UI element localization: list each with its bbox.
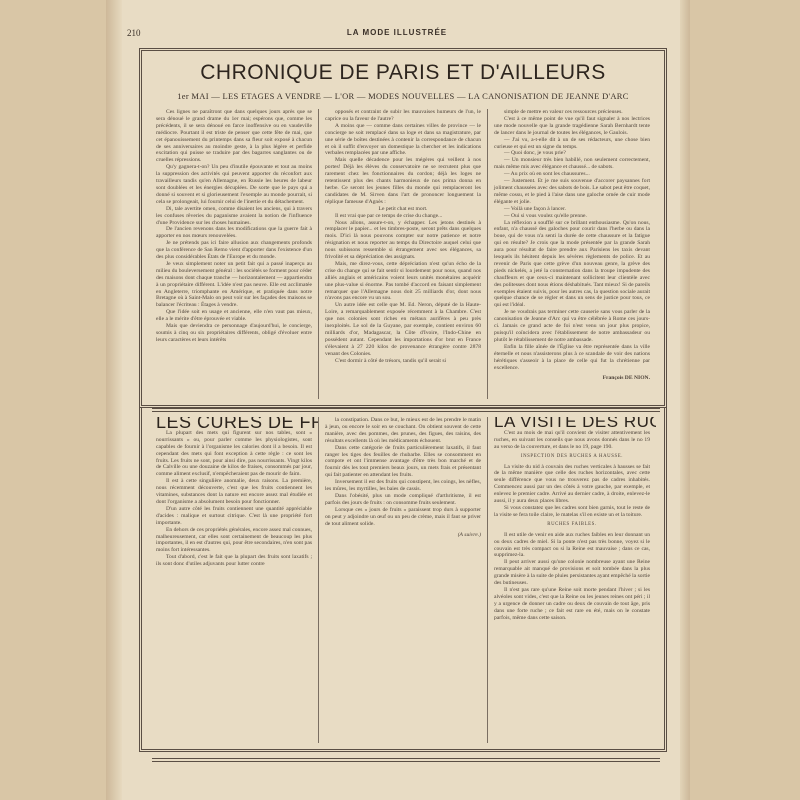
masthead: LA MODE ILLUSTRÉE [127, 28, 667, 37]
subsection-heading: RUCHES FAIBLES. [494, 522, 650, 529]
chronique-column-3: simple de mettre en valeur ces ressource… [487, 109, 656, 399]
paragraph: Enfin la fille aînée de l'Église va être… [494, 344, 650, 372]
paragraph: Un autre idée est celle que M. Ed. Neron… [325, 302, 481, 357]
page-right-edge [680, 0, 690, 800]
paragraph: Nous allons, assure-t-on, y échapper. Le… [325, 220, 481, 261]
chronique-title: CHRONIQUE DE PARIS ET D'AILLEURS [142, 61, 664, 85]
paragraph: — Un monsieur très bien habillé, non seu… [494, 157, 650, 171]
paragraph: De l'ancien revenons dans les modificati… [156, 226, 312, 240]
paragraph: Il n'est pas rare qu'une Reine soit mort… [494, 587, 650, 622]
paragraph: A moins que — comme dans certaines ville… [325, 123, 481, 158]
lower-columns: LES CURES DE FRUITS La plupart des mets … [150, 417, 656, 743]
paragraph: Je ne prétends pas ici faire allusion au… [156, 240, 312, 261]
quote-line: Le petit chat est mort. [325, 206, 481, 213]
cures-column-2: la constipation. Dans ce but, le mieux e… [318, 417, 487, 743]
paragraph: C'est au mois de mai qu'il convient de v… [494, 430, 650, 451]
paragraph: opposés et contraint de subir les mauvai… [325, 109, 481, 123]
paragraph: Si vous constatez que les cadres sont bi… [494, 505, 650, 519]
paragraph: — Justement. Et je me suis souvenue d'ac… [494, 178, 650, 206]
chronique-column-1: Ces lignes ne paraîtront que dans quelqu… [150, 109, 318, 399]
ruches-title: LA VISITE DES RUCHES [494, 419, 650, 426]
paragraph: — Quoi donc, je vous prie? [494, 150, 650, 157]
page-left-edge [106, 0, 122, 800]
paragraph: Lorsque ces « jours de fruits » paraisse… [325, 507, 481, 528]
paragraph: simple de mettre en valeur ces ressource… [494, 109, 650, 116]
paragraph: Qu'y gagnera-t-on? Un peu d'inutile épou… [156, 164, 312, 205]
paragraph: Mais quelle décadence pour les mégères q… [325, 157, 481, 205]
cures-column-1: LES CURES DE FRUITS La plupart des mets … [150, 417, 318, 743]
paragraph: La visite du nid à couvain des ruches ve… [494, 464, 650, 505]
paragraph: — Voilà une façon à lancer. [494, 206, 650, 213]
chronique-frame: CHRONIQUE DE PARIS ET D'AILLEURS 1er MAI… [139, 48, 667, 408]
ruches-column: LA VISITE DES RUCHES C'est au mois de ma… [487, 417, 656, 743]
paragraph: Il est à cette singulière anomalie, deux… [156, 478, 312, 506]
paragraph: Inversement il est des fruits qui consti… [325, 479, 481, 493]
chronique-columns: Ces lignes ne paraîtront que dans quelqu… [150, 109, 656, 399]
paragraph: La plupart des mets qui figurent sur nos… [156, 430, 312, 478]
paragraph: Ces lignes ne paraîtront que dans quelqu… [156, 109, 312, 164]
paragraph: Que l'idée soit en usage et ancienne, el… [156, 309, 312, 323]
to-be-continued: (A suivre.) [325, 532, 481, 539]
paragraph: C'est dormir à côté de trésors, tandis q… [325, 358, 481, 365]
chronique-subtitle: 1er MAI — LES ETAGES A VENDRE — L'OR — M… [142, 91, 664, 101]
paragraph: Dans l'obésité, plus un mode compliqué d… [325, 493, 481, 507]
paragraph: Mais que deviendra ce personnage d'aujou… [156, 323, 312, 344]
paragraph: Je ne voudrais pas terminer cette causer… [494, 309, 650, 344]
paragraph: — J'ai vu, a-t-elle dit à un de ses réda… [494, 137, 650, 151]
paragraph: Je veux simplement noter un petit fait q… [156, 261, 312, 309]
subsection-heading: INSPECTION DES RUCHES A HAUSSE. [494, 454, 650, 461]
paragraph: La réflexion a soufflé sur ce brillant e… [494, 220, 650, 310]
cures-title: LES CURES DE FRUITS [156, 419, 312, 426]
paragraph: Il peut arriver aussi qu'une colonie nom… [494, 559, 650, 587]
paragraph: Dans cette catégorie de fruits particuli… [325, 445, 481, 480]
bottom-rule [152, 758, 660, 762]
paragraph: En dehors de ces propriétés générales, e… [156, 527, 312, 555]
lower-frame: LES CURES DE FRUITS La plupart des mets … [139, 407, 667, 752]
author-signature: François DE NION. [494, 375, 650, 382]
paragraph: Tout d'abord, c'est le fait que la plupa… [156, 554, 312, 568]
paragraph: Il est utile de venir en aide aux ruches… [494, 532, 650, 560]
page-header: 210 LA MODE ILLUSTRÉE [127, 28, 667, 42]
paragraph: la constipation. Dans ce but, le mieux e… [325, 417, 481, 445]
paragraph: Di, tale avertite omen, comme disaient l… [156, 206, 312, 227]
paragraph: Mais, me direz-vous, cette dépréciation … [325, 261, 481, 302]
chronique-column-2: opposés et contraint de subir les mauvai… [318, 109, 487, 399]
paragraph: C'est à ce même point de vue qu'il faut … [494, 116, 650, 137]
paragraph: D'un autre côté les fruits contiennent u… [156, 506, 312, 527]
paragraph: — Oui si vous voulez qu'elle prenne. [494, 213, 650, 220]
paragraph: Il est vrai que par ce temps de crise du… [325, 213, 481, 220]
